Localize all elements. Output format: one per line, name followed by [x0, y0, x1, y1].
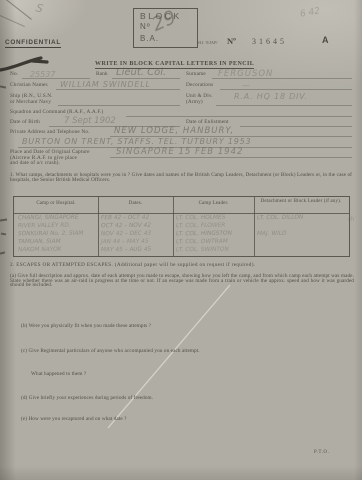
table-cell: FEB 42 – OCT 42 — [101, 215, 149, 222]
field-label-address: Private Address and Telephone No. — [10, 130, 90, 136]
confidential-label: CONFIDENTIAL — [5, 39, 61, 48]
table-header-dates: Dates. — [98, 201, 173, 206]
field-value-rank: Lieut. Col. — [116, 67, 166, 78]
field-label-capture-line3: and date of a/c crash). — [10, 161, 60, 167]
pencil-margin-note: th — [348, 216, 355, 223]
scratch-line — [108, 285, 230, 428]
question-2d-text: (d) Give briefly your experiences during… — [21, 396, 321, 401]
table-column-divider — [254, 197, 255, 256]
stamp-line2: Nº — [140, 22, 151, 31]
field-label-surname: Surname — [186, 72, 206, 78]
camps-table: Camp or Hospital. Dates. Camp Leader. De… — [13, 196, 350, 257]
table-header-block-leader: Detachment or Block Leader (if any). — [254, 199, 348, 204]
reference-prefix: M.I. 9/JAP/ — [197, 40, 218, 45]
table-cell: LT. COL. HINGSTON — [176, 231, 232, 238]
field-label-decorations: Decorations — [186, 83, 213, 89]
pto-label: P.T.O. — [314, 450, 329, 455]
field-value-address-line2: BURTON ON TRENT, STAFFS. TEL. TUTBURY 19… — [22, 137, 251, 146]
field-value-decorations: — — [242, 81, 250, 90]
page-edge-shadow — [354, 0, 362, 480]
field-value-surname: FERGUSON — [218, 69, 273, 79]
question-2c-text: (c) Give Regimental particulars of anyon… — [21, 349, 321, 354]
table-cell: TAMUAN, SIAM — [18, 239, 61, 245]
table-header-camp: Camp or Hospital. — [14, 201, 98, 206]
table-cell: LT. COL. SWINTON — [176, 247, 229, 254]
question-2b-text: (b) Were you physically fit when you mad… — [21, 324, 321, 329]
serial-number: 31645 — [252, 37, 287, 46]
section-2-heading: 2. ESCAPES OR ATTEMPTED ESCAPES. (Additi… — [10, 263, 352, 268]
question-1-text: 1. What camps, detachments or hospitals … — [10, 173, 352, 182]
table-cell: JAN 44 – MAY 45 — [101, 239, 149, 245]
field-label-christian-names: Christian Names — [10, 83, 48, 89]
field-value-unit-div: R.A. HQ 18 DIV. — [234, 92, 308, 101]
field-label-no: No. — [10, 72, 18, 78]
field-value-address-line1: NEW LODGE, HANBURY, — [114, 126, 234, 136]
field-label-squadron: Squadron and Command (R.A.F., A.A.F.) — [10, 110, 103, 116]
table-cell: LT. COL. DILLON — [257, 215, 303, 221]
scanned-liberation-questionnaire: CONFIDENTIAL BLOCK Nº B.A. 29 S 6 42 M.I… — [0, 0, 362, 480]
field-label-date-of-enlistment: Date of Enlistment — [186, 120, 229, 126]
table-cell: LT. COL. HOLMES — [176, 215, 225, 222]
question-2e-text: (e) How were you recaptured and on what … — [21, 417, 321, 422]
table-cell: OCT 42 – NOV 42 — [101, 223, 151, 230]
table-cell: CHANGI, SINGAPORE — [18, 215, 79, 222]
table-cell: RIVER VALLEY RD. — [18, 223, 71, 230]
field-label-unit-div-line2: (Army) — [186, 100, 203, 106]
serial-suffix: A — [322, 35, 329, 45]
field-label-ship-line2: or Merchant Navy — [10, 100, 51, 106]
table-cell: LT. COL. FLOWER — [176, 223, 225, 230]
field-label-date-of-birth: Date of Birth — [10, 120, 40, 126]
question-2a-text: (a) Give full description and approx. da… — [10, 274, 354, 288]
field-value-date-of-birth: 7 Sept 1902 — [64, 116, 116, 126]
page-edge-shadow — [0, 466, 362, 480]
table-cell: NOV 42 – DEC 43 — [101, 231, 151, 238]
table-cell: NAKOM NAYOK — [18, 247, 62, 253]
table-header-camp-leader: Camp Leader. — [173, 201, 254, 206]
table-cell: MAY 45 – AUG 45 — [101, 247, 151, 254]
field-value-no: 25537 — [30, 70, 55, 79]
field-value-christian-names: WILLIAM SWINDELL — [60, 80, 151, 89]
table-cell: SONKURAI No. 2, SIAM — [18, 231, 83, 238]
table-cell: MAJ. WILD — [257, 231, 287, 237]
field-label-rank: Rank — [96, 72, 108, 78]
table-cell: LT. COL. OWTRAM — [176, 239, 228, 246]
question-2c2-text: What happened to them ? — [31, 372, 231, 377]
field-value-capture: SINGAPORE 15 FEB 1942 — [116, 147, 243, 157]
serial-no-label: Nº — [227, 36, 236, 46]
